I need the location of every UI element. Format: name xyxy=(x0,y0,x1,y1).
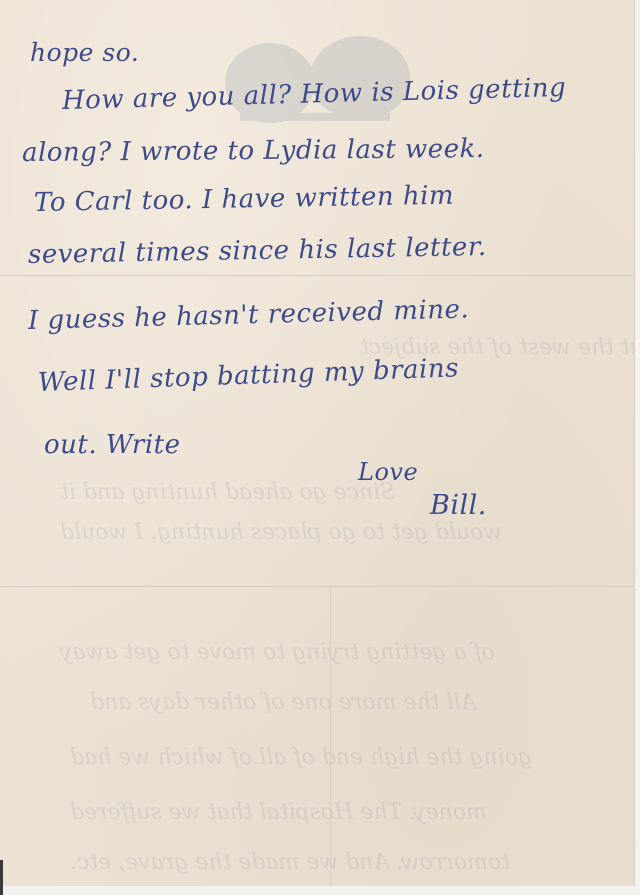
reverse-showthrough: tomorrow. And we made the grave, etc. xyxy=(70,850,510,875)
letter-line: To Carl too. I have written him xyxy=(34,181,455,218)
letter-line: hope so. xyxy=(30,38,139,67)
letter-signature: Bill. xyxy=(430,490,487,521)
letter-line: I guess he hasn't received mine. xyxy=(28,294,470,336)
letter-line: Well I'll stop batting my brains xyxy=(37,353,459,398)
reverse-showthrough: would get to go places hunting. I would xyxy=(60,520,502,545)
reverse-showthrough: All the more one of other days and xyxy=(90,690,476,715)
letter-closing: Love xyxy=(358,458,418,486)
fold-crease-vertical xyxy=(330,586,331,886)
reverse-showthrough: money. The Hospital that we suffered xyxy=(70,800,487,825)
scan-edge xyxy=(0,860,3,895)
reverse-showthrough: Since go ahead hunting and it xyxy=(60,480,395,505)
fold-crease-lower xyxy=(0,586,634,588)
letter-line: several times since his last letter. xyxy=(28,232,487,270)
reverse-showthrough: going the high end of all of which we ha… xyxy=(70,745,532,770)
reverse-showthrough: of a getting trying to move to get away xyxy=(60,640,495,665)
letter-line: out. Write xyxy=(44,430,181,460)
letter-line: along? I wrote to Lydia last week. xyxy=(22,134,485,168)
letter-page: at the west of the subject Since go ahea… xyxy=(0,0,635,886)
fold-crease-upper xyxy=(0,275,634,277)
